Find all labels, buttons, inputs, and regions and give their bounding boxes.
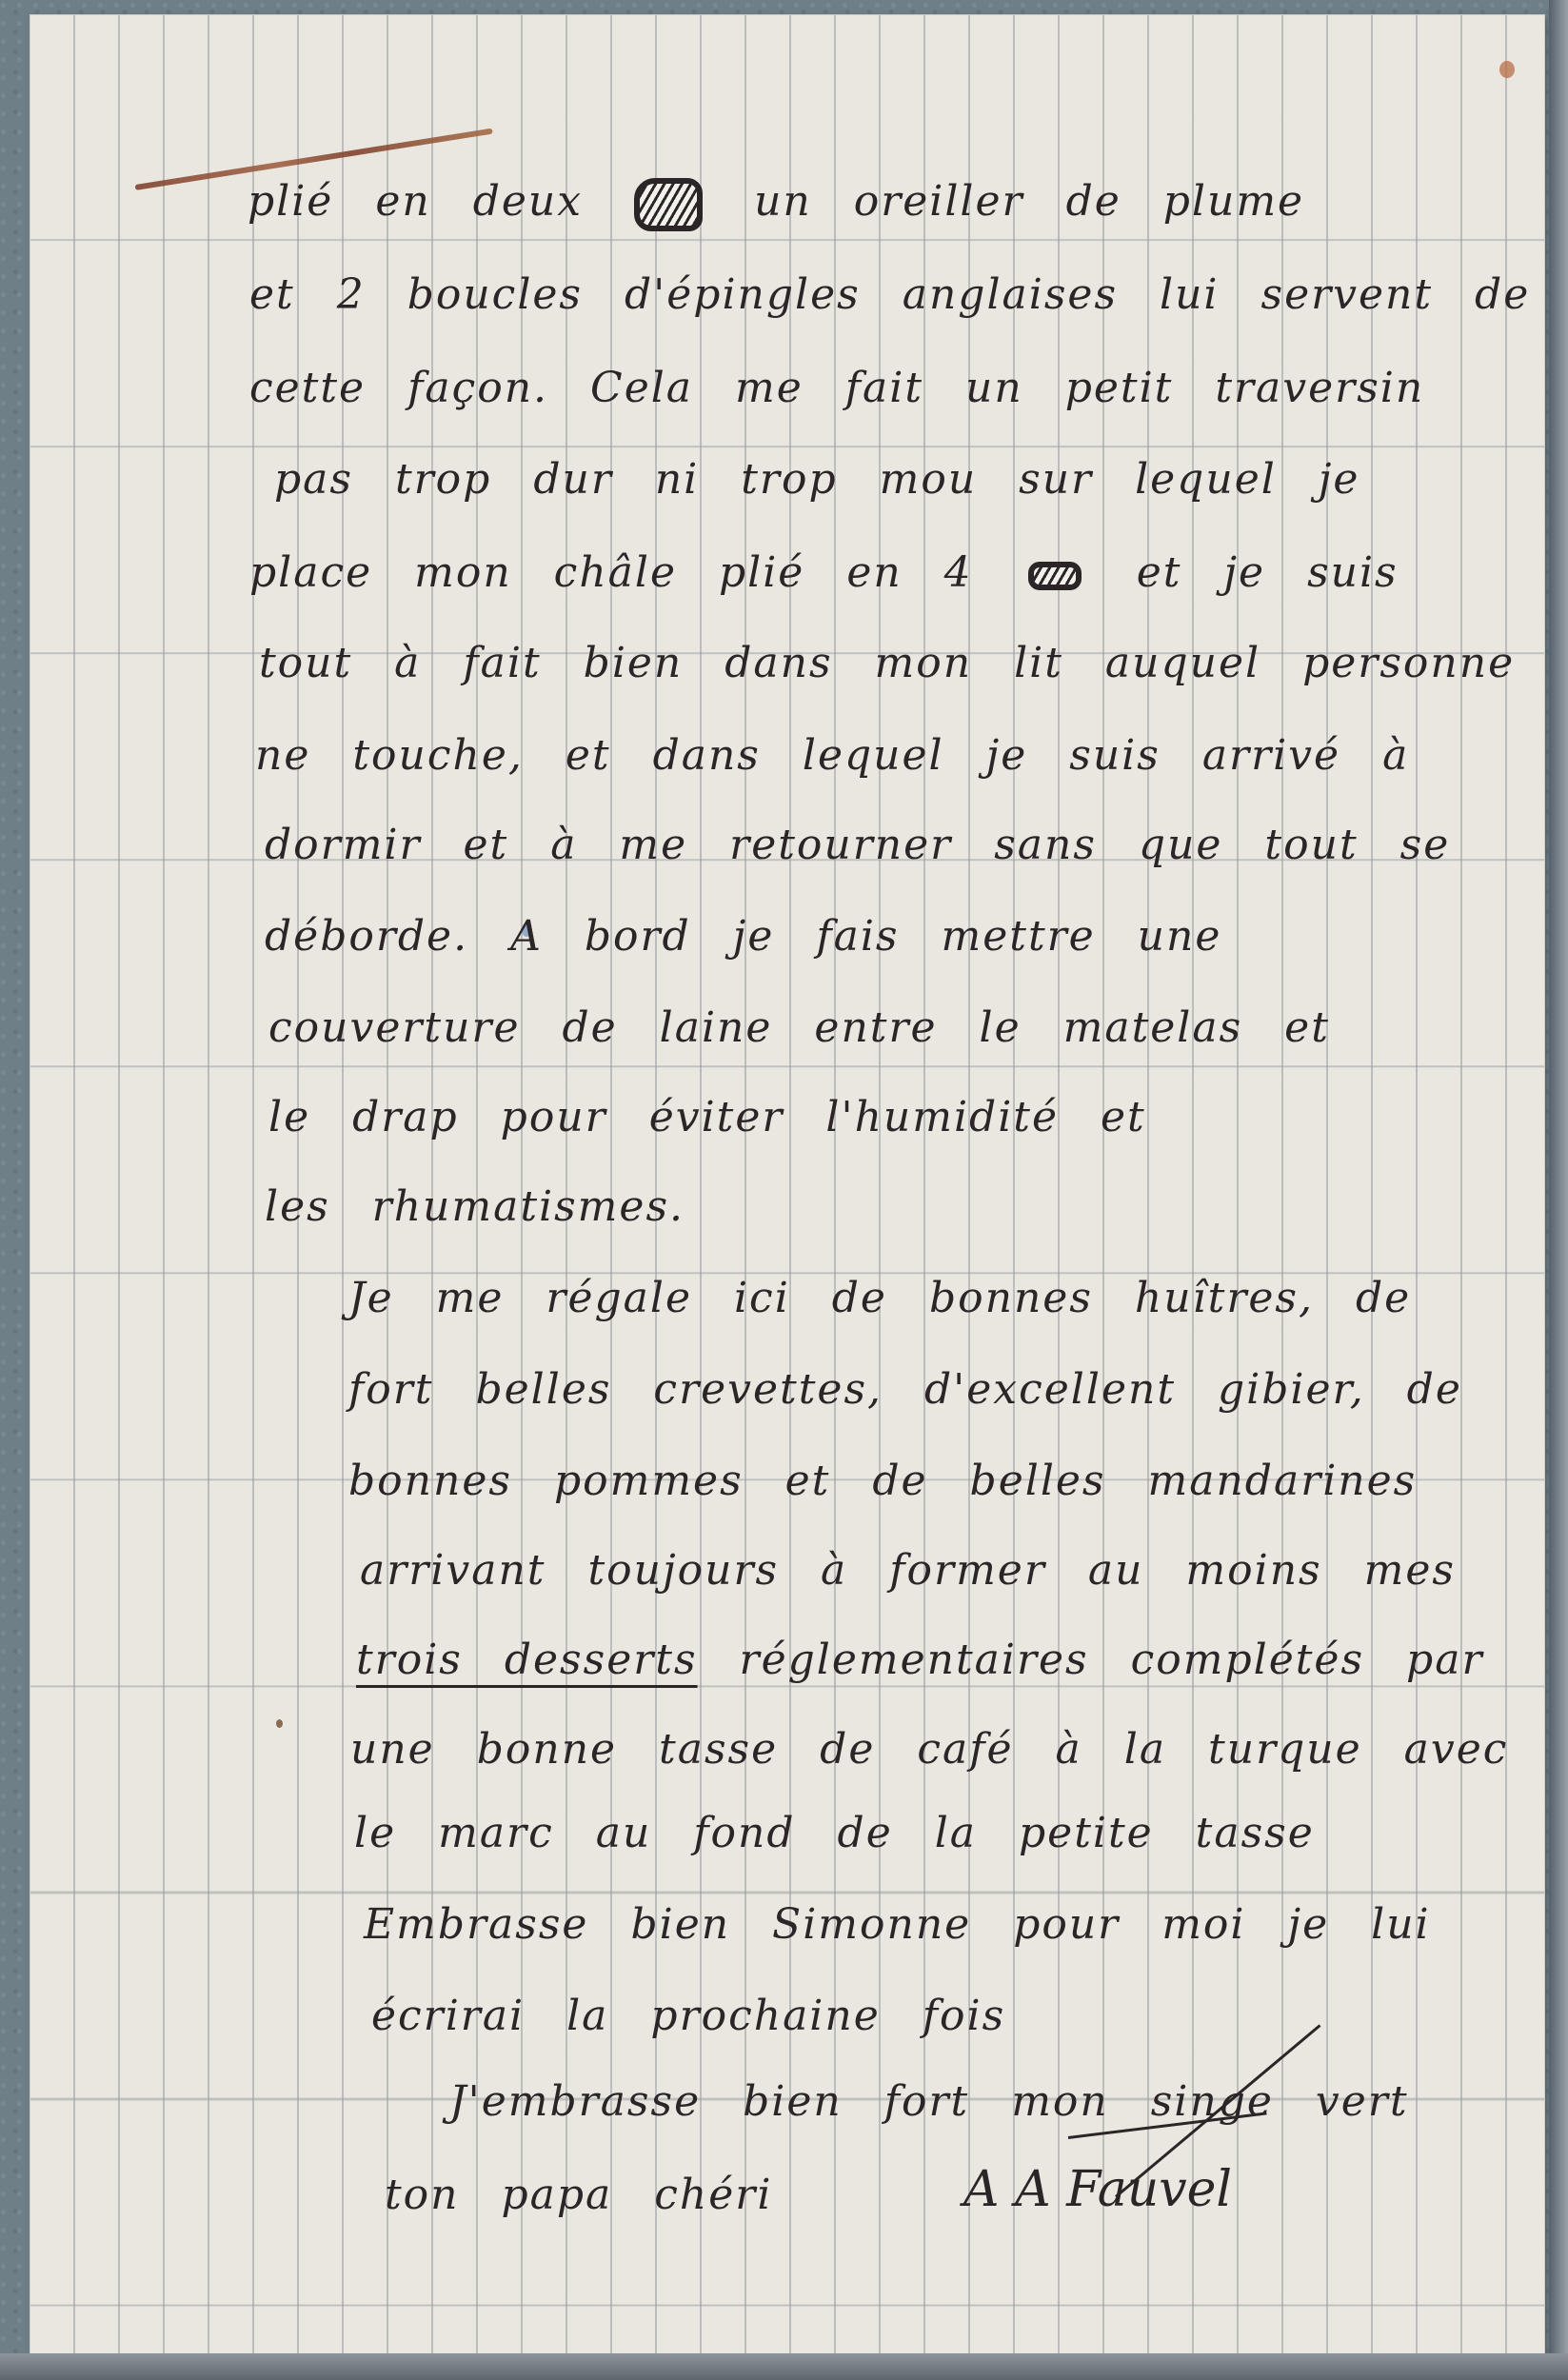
letter-line-20: Embrasse bien Simonne pour moi je lui (364, 1900, 1431, 1949)
letter-line-13: Je me régale ici de bonnes huîtres, de (348, 1274, 1411, 1322)
letter-line-16: arrivant toujours à former au moins mes (360, 1546, 1456, 1595)
letter-line-9: déborde. A bord je fais mettre une (265, 912, 1221, 961)
letter-line-15: bonnes pommes et de belles mandarines (348, 1457, 1417, 1505)
letter-line-10: couverture de laine entre le matelas et (268, 1003, 1330, 1052)
background-edge-bottom (0, 2353, 1568, 2380)
signature: A A Fauvel (963, 2161, 1232, 2218)
letter-line-17: trois desserts réglementaires complétés … (356, 1636, 1483, 1684)
letter-line-23: ton papa chéri (385, 2171, 772, 2219)
letter-line-3: cette façon. Cela me fait un petit trave… (249, 364, 1424, 412)
folded-shawl-sketch-icon (1028, 562, 1082, 590)
underlined-phrase: trois desserts (356, 1636, 698, 1684)
letter-line-21: écrirai la prochaine fois (371, 1992, 1005, 2040)
letter-line-22: J'embrasse bien fort mon singe vert (449, 2077, 1409, 2126)
letter-line-1: plié en deux un oreiller de plume (248, 177, 1304, 231)
letter-line-2: et 2 boucles d'épingles anglaises lui se… (249, 270, 1530, 319)
letter-body: plié en deux un oreiller de plume et 2 b… (30, 15, 1544, 2353)
letter-line-12: les rhumatismes. (265, 1182, 685, 1231)
letter-line-6: tout à fait bien dans mon lit auquel per… (259, 639, 1515, 687)
letter-line-18: une bonne tasse de café à la turque avec (350, 1725, 1508, 1774)
letter-page: plié en deux un oreiller de plume et 2 b… (30, 15, 1544, 2353)
letter-line-14: fort belles crevettes, d'excellent gibie… (348, 1365, 1462, 1414)
letter-line-4: pas trop dur ni trop mou sur lequel je (274, 455, 1360, 504)
letter-line-11: le drap pour éviter l'humidité et (268, 1093, 1146, 1141)
letter-line-8: dormir et à me retourner sans que tout s… (265, 821, 1450, 869)
letter-line-19: le marc au fond de la petite tasse (354, 1809, 1315, 1857)
background-edge (1549, 0, 1568, 2380)
letter-line-7: ne touche, et dans lequel je suis arrivé… (255, 731, 1409, 780)
letter-line-5: place mon châle plié en 4 et je suis (249, 548, 1399, 597)
folded-pillow-sketch-icon (634, 178, 703, 231)
